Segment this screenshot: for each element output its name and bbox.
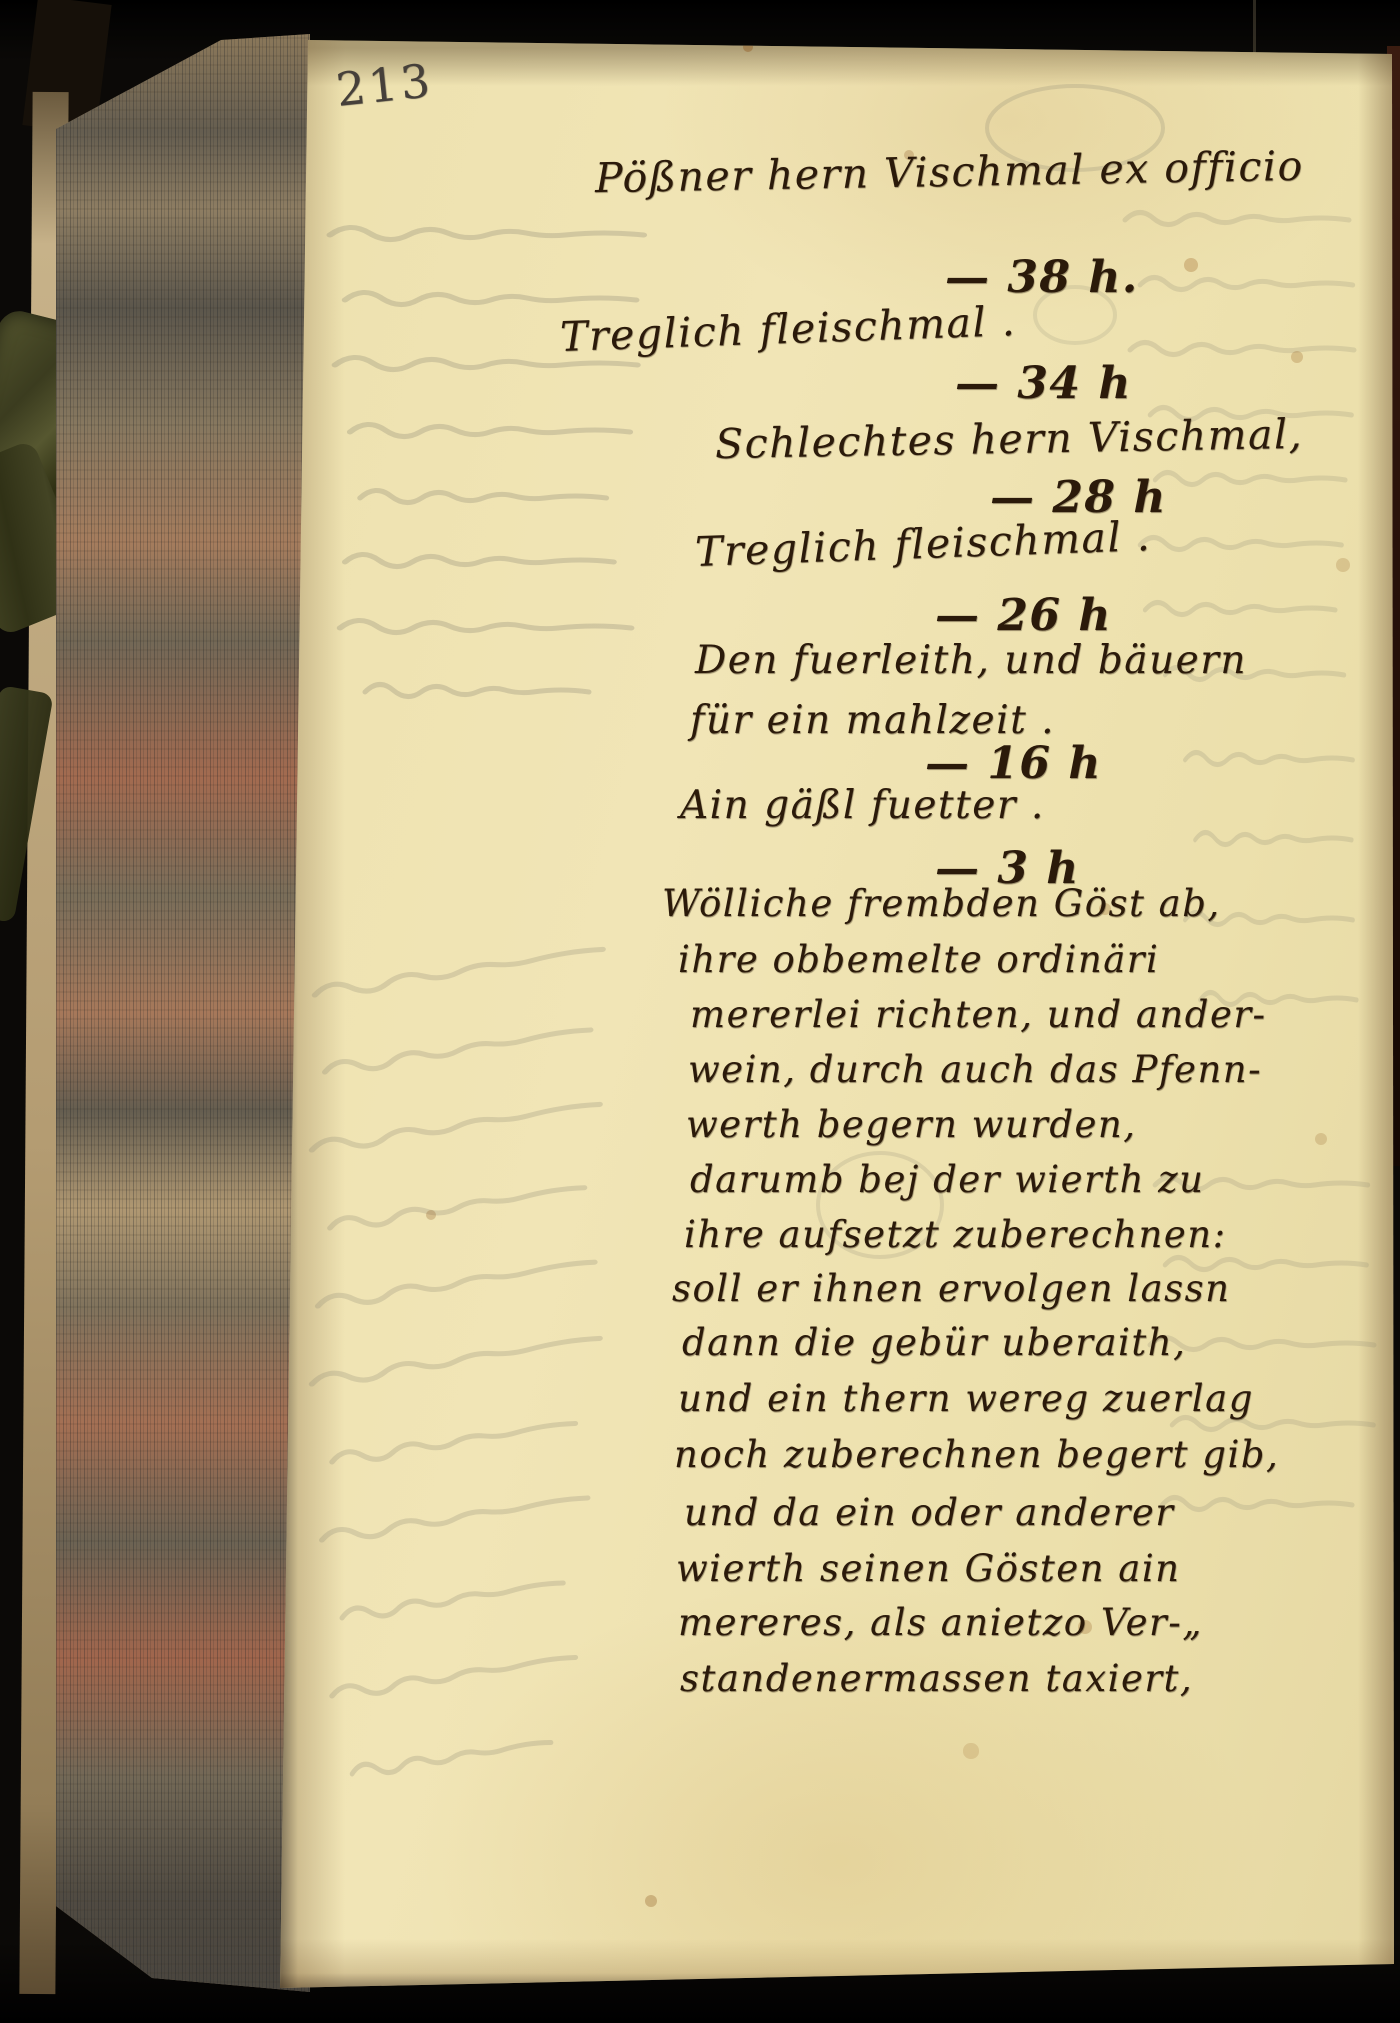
paragraph-line: darumb bej der wierth zu [690, 1158, 1205, 1201]
entry-label: Ain gäßl fuetter . [680, 783, 1045, 828]
paragraph-line: mereres, als anietzo Ver-„ [678, 1601, 1203, 1644]
entry-label: Schlechtes hern Vischmal, [715, 410, 1304, 468]
entry-amount: — 26 h [935, 590, 1112, 641]
paragraph-line: und da ein oder anderer [684, 1491, 1174, 1534]
entry-label-line2: für ein mahlzeit . [690, 698, 1055, 743]
paragraph-line: ihre obbemelte ordinäri [678, 938, 1159, 981]
manuscript-scan: 213 Pößner hern Vischmal ex officio — 38… [0, 0, 1400, 2023]
paragraph-line: werth begern wurden, [686, 1103, 1137, 1146]
fox-spots [0, 0, 6, 6]
paragraph-line: ihre aufsetzt zuberechnen: [684, 1213, 1227, 1256]
paragraph-line: und ein thern wereg zuerlag [678, 1377, 1254, 1420]
paragraph-line: soll er ihnen ervolgen lassn [672, 1267, 1230, 1310]
entry-amount: — 38 h. [945, 252, 1139, 303]
entry-amount: — 16 h [925, 738, 1102, 789]
paragraph-line: standenermassen taxiert, [680, 1657, 1193, 1700]
entry-amount: — 34 h [955, 358, 1132, 409]
paragraph-line: wein, durch auch das Pfenn- [688, 1048, 1262, 1091]
entry-label: Treglich fleischmal . [559, 297, 1017, 361]
paragraph-line: wierth seinen Gösten ain [676, 1547, 1180, 1590]
paragraph-line: dann die gebür uberaith, [682, 1321, 1186, 1364]
entry-label: Pößner hern Vischmal ex officio [595, 142, 1304, 202]
page-number: 213 [333, 53, 435, 117]
paragraph-line: noch zuberechnen begert gib, [674, 1433, 1279, 1476]
paragraph-line: Wölliche frembden Göst ab, [662, 882, 1221, 925]
entry-label: Den fuerleith, und bäuern [695, 638, 1247, 683]
fore-edge [56, 34, 310, 1992]
entry-label: Treglich fleischmal . [694, 512, 1152, 576]
paragraph-line: mererlei richten, und ander- [690, 993, 1267, 1036]
